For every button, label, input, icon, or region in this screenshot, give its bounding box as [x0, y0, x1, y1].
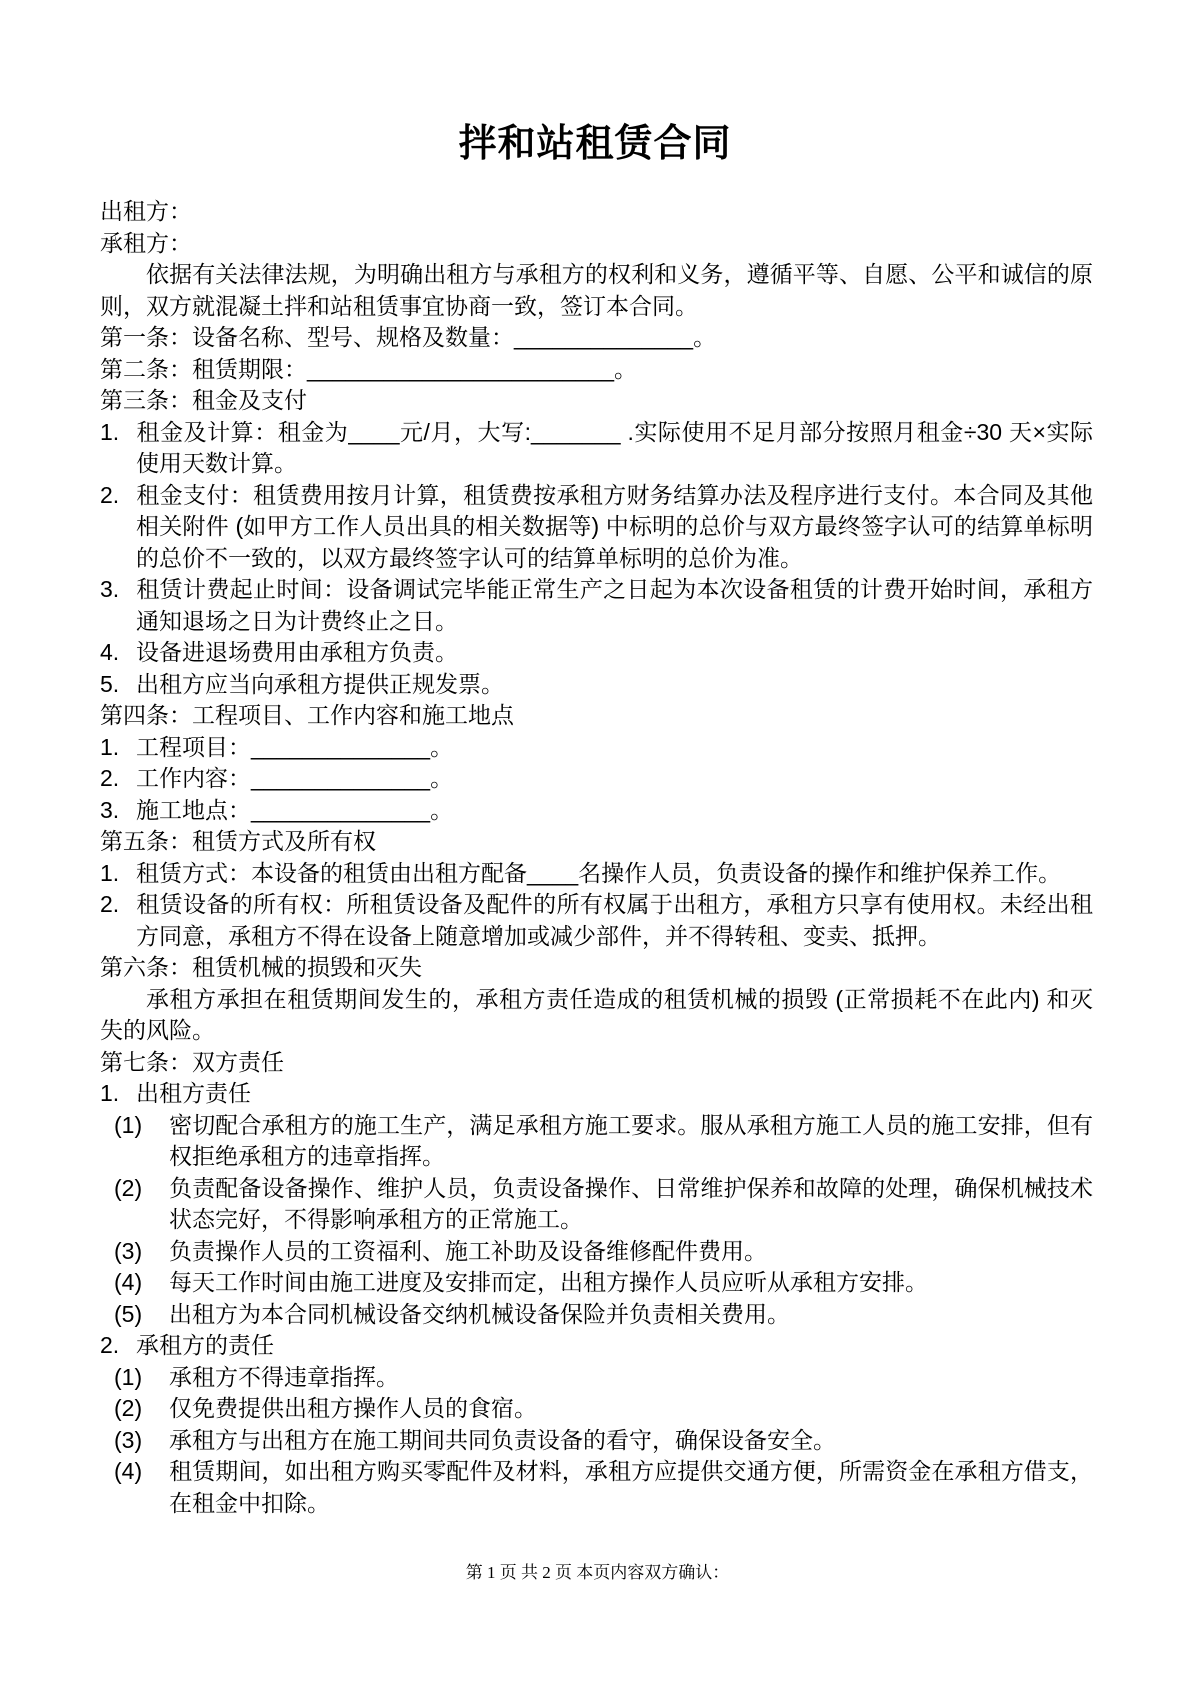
- paragraph-text: 负责配备设备操作、维护人员，负责设备操作、日常维护保养和故障的处理，确保机械技术…: [169, 1175, 1093, 1233]
- paragraph: 承租方承担在租赁期间发生的，承租方责任造成的租赁机械的损毁 (正常损耗不在此内)…: [100, 984, 1093, 1047]
- paragraph: 依据有关法律法规，为明确出租方与承租方的权利和义务，遵循平等、自愿、公平和诚信的…: [100, 259, 1093, 322]
- paragraph: 承租方：: [100, 228, 1093, 260]
- paragraph: 1.租金及计算：租金为____元/月，大写:_______ .实际使用不足月部分…: [100, 417, 1093, 480]
- list-marker: (3): [100, 1425, 169, 1457]
- paragraph: 2.租赁设备的所有权：所租赁设备及配件的所有权属于出租方，承租方只享有使用权。未…: [100, 889, 1093, 952]
- paragraph-text: 出租方：: [100, 198, 192, 224]
- list-marker: (2): [100, 1393, 169, 1425]
- paragraph: 第一条：设备名称、型号、规格及数量：______________。: [100, 322, 1093, 354]
- paragraph: 第二条：租赁期限：________________________。: [100, 354, 1093, 386]
- paragraph: (3)承租方与出租方在施工期间共同负责设备的看守，确保设备安全。: [100, 1425, 1093, 1457]
- list-marker: (1): [100, 1362, 169, 1394]
- paragraph: 3.施工地点：______________。: [100, 795, 1093, 827]
- list-marker: 3.: [100, 574, 136, 606]
- paragraph-text: 依据有关法律法规，为明确出租方与承租方的权利和义务，遵循平等、自愿、公平和诚信的…: [100, 261, 1093, 319]
- list-marker: 2.: [100, 1330, 136, 1362]
- paragraph: 2.承租方的责任: [100, 1330, 1093, 1362]
- paragraph-text: 承租方：: [100, 230, 192, 256]
- paragraph-text: 第一条：设备名称、型号、规格及数量：______________。: [100, 324, 716, 350]
- paragraph-text: 施工地点：______________。: [136, 797, 453, 823]
- paragraph-text: 租金及计算：租金为____元/月，大写:_______ .实际使用不足月部分按照…: [136, 419, 1093, 477]
- paragraph: (4)每天工作时间由施工进度及安排而定，出租方操作人员应听从承租方安排。: [100, 1267, 1093, 1299]
- list-marker: (4): [100, 1456, 169, 1488]
- paragraph: 第五条：租赁方式及所有权: [100, 826, 1093, 858]
- list-marker: 2.: [100, 889, 136, 921]
- paragraph: (2)负责配备设备操作、维护人员，负责设备操作、日常维护保养和故障的处理，确保机…: [100, 1173, 1093, 1236]
- paragraph: 第六条：租赁机械的损毁和灭失: [100, 952, 1093, 984]
- list-marker: 1.: [100, 1078, 136, 1110]
- paragraph-text: 第七条：双方责任: [100, 1049, 284, 1075]
- paragraph-text: 承租方与出租方在施工期间共同负责设备的看守，确保设备安全。: [169, 1427, 836, 1453]
- list-marker: (2): [100, 1173, 169, 1205]
- paragraph: (4)租赁期间，如出租方购买零配件及材料，承租方应提供交通方便，所需资金在承租方…: [100, 1456, 1093, 1519]
- list-marker: 3.: [100, 795, 136, 827]
- paragraph: 第七条：双方责任: [100, 1047, 1093, 1079]
- list-marker: 4.: [100, 637, 136, 669]
- page-footer: 第 1 页 共 2 页 本页内容双方确认：: [100, 1558, 1095, 1583]
- paragraph: 1.出租方责任: [100, 1078, 1093, 1110]
- paragraph: 出租方：: [100, 196, 1093, 228]
- paragraph-text: 密切配合承租方的施工生产，满足承租方施工要求。服从承租方施工人员的施工安排，但有…: [169, 1112, 1093, 1170]
- list-marker: (5): [100, 1299, 169, 1331]
- list-marker: 2.: [100, 480, 136, 512]
- paragraph-text: 第五条：租赁方式及所有权: [100, 828, 376, 854]
- list-marker: 1.: [100, 417, 136, 449]
- paragraph-text: 承租方不得违章指挥。: [169, 1364, 399, 1390]
- paragraph-text: 出租方责任: [136, 1080, 251, 1106]
- paragraph-text: 租赁计费起止时间：设备调试完毕能正常生产之日起为本次设备租赁的计费开始时间，承租…: [136, 576, 1093, 634]
- paragraph-text: 第三条：租金及支付: [100, 387, 307, 413]
- paragraph-text: 负责操作人员的工资福利、施工补助及设备维修配件费用。: [169, 1238, 767, 1264]
- paragraph-text: 租金支付：租赁费用按月计算，租赁费按承租方财务结算办法及程序进行支付。本合同及其…: [136, 482, 1093, 571]
- paragraph: 2.工作内容：______________。: [100, 763, 1093, 795]
- list-marker: (3): [100, 1236, 169, 1268]
- paragraph-text: 出租方为本合同机械设备交纳机械设备保险并负责相关费用。: [169, 1301, 790, 1327]
- paragraph-text: 第六条：租赁机械的损毁和灭失: [100, 954, 422, 980]
- document-title: 拌和站租赁合同: [0, 112, 1190, 167]
- list-marker: 5.: [100, 669, 136, 701]
- paragraph-text: 租赁设备的所有权：所租赁设备及配件的所有权属于出租方，承租方只享有使用权。未经出…: [136, 891, 1093, 949]
- paragraph-text: 第二条：租赁期限：________________________。: [100, 356, 637, 382]
- list-marker: (1): [100, 1110, 169, 1142]
- paragraph: 1.工程项目：______________。: [100, 732, 1093, 764]
- paragraph: 2.租金支付：租赁费用按月计算，租赁费按承租方财务结算办法及程序进行支付。本合同…: [100, 480, 1093, 575]
- list-marker: 2.: [100, 763, 136, 795]
- paragraph-text: 第四条：工程项目、工作内容和施工地点: [100, 702, 514, 728]
- paragraph-text: 出租方应当向承租方提供正规发票。: [136, 671, 504, 697]
- paragraph-text: 租赁方式：本设备的租赁由出租方配备____名操作人员，负责设备的操作和维护保养工…: [136, 860, 1061, 886]
- paragraph: (5)出租方为本合同机械设备交纳机械设备保险并负责相关费用。: [100, 1299, 1093, 1331]
- document-body: 出租方：承租方：依据有关法律法规，为明确出租方与承租方的权利和义务，遵循平等、自…: [100, 196, 1093, 1519]
- document-page: 拌和站租赁合同 出租方：承租方：依据有关法律法规，为明确出租方与承租方的权利和义…: [0, 0, 1190, 1683]
- paragraph: 第三条：租金及支付: [100, 385, 1093, 417]
- paragraph-text: 仅免费提供出租方操作人员的食宿。: [169, 1395, 537, 1421]
- paragraph: 第四条：工程项目、工作内容和施工地点: [100, 700, 1093, 732]
- paragraph: (2)仅免费提供出租方操作人员的食宿。: [100, 1393, 1093, 1425]
- list-marker: (4): [100, 1267, 169, 1299]
- paragraph: (3)负责操作人员的工资福利、施工补助及设备维修配件费用。: [100, 1236, 1093, 1268]
- paragraph-text: 承租方承担在租赁期间发生的，承租方责任造成的租赁机械的损毁 (正常损耗不在此内)…: [100, 986, 1093, 1044]
- paragraph-text: 承租方的责任: [136, 1332, 274, 1358]
- paragraph: (1)密切配合承租方的施工生产，满足承租方施工要求。服从承租方施工人员的施工安排…: [100, 1110, 1093, 1173]
- paragraph: (1)承租方不得违章指挥。: [100, 1362, 1093, 1394]
- paragraph-text: 设备进退场费用由承租方负责。: [136, 639, 458, 665]
- paragraph: 3.租赁计费起止时间：设备调试完毕能正常生产之日起为本次设备租赁的计费开始时间，…: [100, 574, 1093, 637]
- paragraph: 4.设备进退场费用由承租方负责。: [100, 637, 1093, 669]
- paragraph-text: 工程项目：______________。: [136, 734, 453, 760]
- list-marker: 1.: [100, 732, 136, 764]
- paragraph-text: 租赁期间，如出租方购买零配件及材料，承租方应提供交通方便，所需资金在承租方借支，…: [169, 1458, 1093, 1516]
- list-marker: 1.: [100, 858, 136, 890]
- paragraph: 5.出租方应当向承租方提供正规发票。: [100, 669, 1093, 701]
- paragraph-text: 工作内容：______________。: [136, 765, 453, 791]
- paragraph-text: 每天工作时间由施工进度及安排而定，出租方操作人员应听从承租方安排。: [169, 1269, 928, 1295]
- paragraph: 1.租赁方式：本设备的租赁由出租方配备____名操作人员，负责设备的操作和维护保…: [100, 858, 1093, 890]
